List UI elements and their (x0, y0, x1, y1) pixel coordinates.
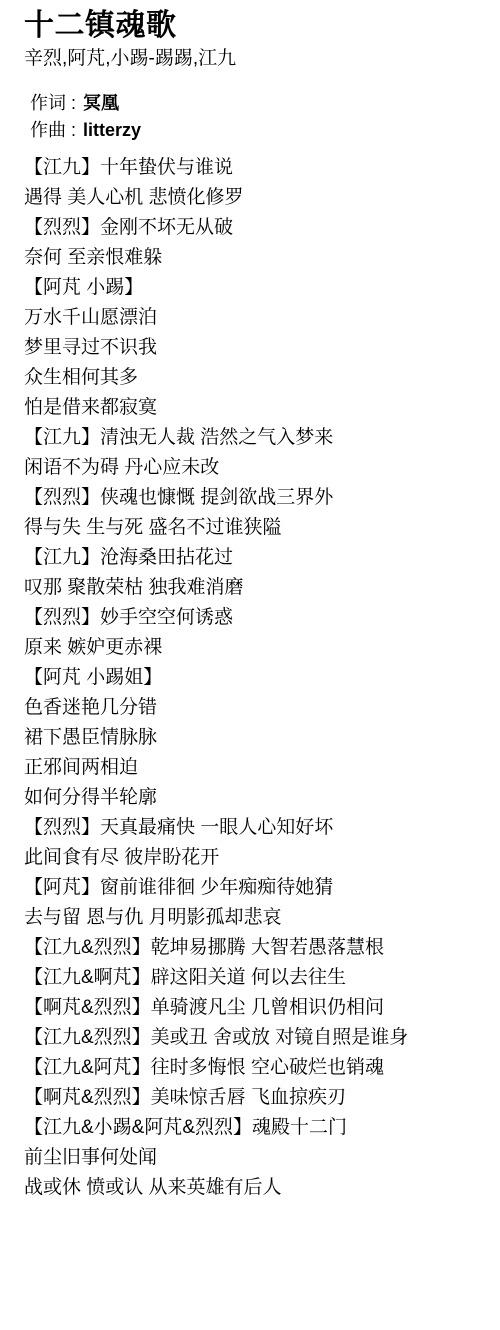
lyric-line: 叹那 聚散荣枯 独我难消磨 (24, 573, 480, 603)
lyric-line: 【江九】清浊无人裁 浩然之气入梦来 (24, 423, 480, 453)
lyricist-name: 冥凰 (83, 90, 119, 117)
lyric-line: 万水千山愿漂泊 (24, 303, 480, 333)
lyric-line: 【江九】十年蛰伏与谁说 (24, 153, 480, 183)
song-title: 十二镇魂歌 (24, 8, 480, 44)
lyric-line: 遇得 美人心机 悲愤化修罗 (24, 183, 480, 213)
lyric-line: 前尘旧事何处闻 (24, 1143, 480, 1173)
lyric-line: 【江九&烈烈】乾坤易挪腾 大智若愚落慧根 (24, 933, 480, 963)
lyric-line: 【江九】沧海桑田拈花过 (24, 543, 480, 573)
lyric-line: 色香迷艳几分错 (24, 693, 480, 723)
lyric-line: 原来 嫉妒更赤裸 (24, 633, 480, 663)
song-artists: 辛烈,阿芃,小踢-踢踢,江九 (24, 46, 480, 72)
lyric-line: 【啊芃&烈烈】单骑渡凡尘 几曾相识仍相问 (24, 993, 480, 1023)
lyrics-page: 十二镇魂歌 辛烈,阿芃,小踢-踢踢,江九 作词 : 冥凰 作曲 : litter… (0, 0, 500, 1203)
composer-label: 作曲 : (30, 117, 76, 144)
lyric-line: 得与失 生与死 盛名不过谁狭隘 (24, 513, 480, 543)
lyric-line: 【阿芃 小踢】 (24, 273, 480, 303)
lyric-line: 【烈烈】天真最痛快 一眼人心知好坏 (24, 813, 480, 843)
lyric-line: 【阿芃】窗前谁徘徊 少年痴痴待她猜 (24, 873, 480, 903)
lyric-line: 正邪间两相迫 (24, 753, 480, 783)
composer-name: litterzy (83, 117, 141, 144)
lyricist-label: 作词 : (30, 90, 76, 117)
credits-block: 作词 : 冥凰 作曲 : litterzy (24, 90, 480, 144)
lyric-line: 战或休 愤或认 从来英雄有后人 (24, 1173, 480, 1203)
lyrics-body: 【江九】十年蛰伏与谁说遇得 美人心机 悲愤化修罗【烈烈】金刚不坏无从破奈何 至亲… (24, 153, 480, 1203)
lyric-line: 去与留 恩与仇 月明影孤却悲哀 (24, 903, 480, 933)
lyric-line: 【啊芃&烈烈】美味惊舌唇 飞血掠疾刃 (24, 1083, 480, 1113)
lyric-line: 【烈烈】金刚不坏无从破 (24, 213, 480, 243)
lyric-line: 【江九&烈烈】美或丑 舍或放 对镜自照是谁身 (24, 1023, 480, 1053)
lyric-line: 奈何 至亲恨难躲 (24, 243, 480, 273)
lyric-line: 如何分得半轮廓 (24, 783, 480, 813)
lyric-line: 梦里寻过不识我 (24, 333, 480, 363)
lyric-line: 怕是借来都寂寞 (24, 393, 480, 423)
lyric-line: 【江九&小踢&阿芃&烈烈】魂殿十二门 (24, 1113, 480, 1143)
lyric-line: 闲语不为碍 丹心应未改 (24, 453, 480, 483)
lyric-line: 【江九&啊芃】辟这阳关道 何以去往生 (24, 963, 480, 993)
lyric-line: 【烈烈】侠魂也慷慨 提剑欲战三界外 (24, 483, 480, 513)
lyric-line: 此间食有尽 彼岸盼花开 (24, 843, 480, 873)
lyricist-row: 作词 : 冥凰 (30, 90, 480, 117)
lyric-line: 【阿芃 小踢姐】 (24, 663, 480, 693)
composer-row: 作曲 : litterzy (30, 117, 480, 144)
lyric-line: 裙下愚臣情脉脉 (24, 723, 480, 753)
lyric-line: 众生相何其多 (24, 363, 480, 393)
lyric-line: 【烈烈】妙手空空何诱惑 (24, 603, 480, 633)
lyric-line: 【江九&阿芃】往时多悔恨 空心破烂也销魂 (24, 1053, 480, 1083)
